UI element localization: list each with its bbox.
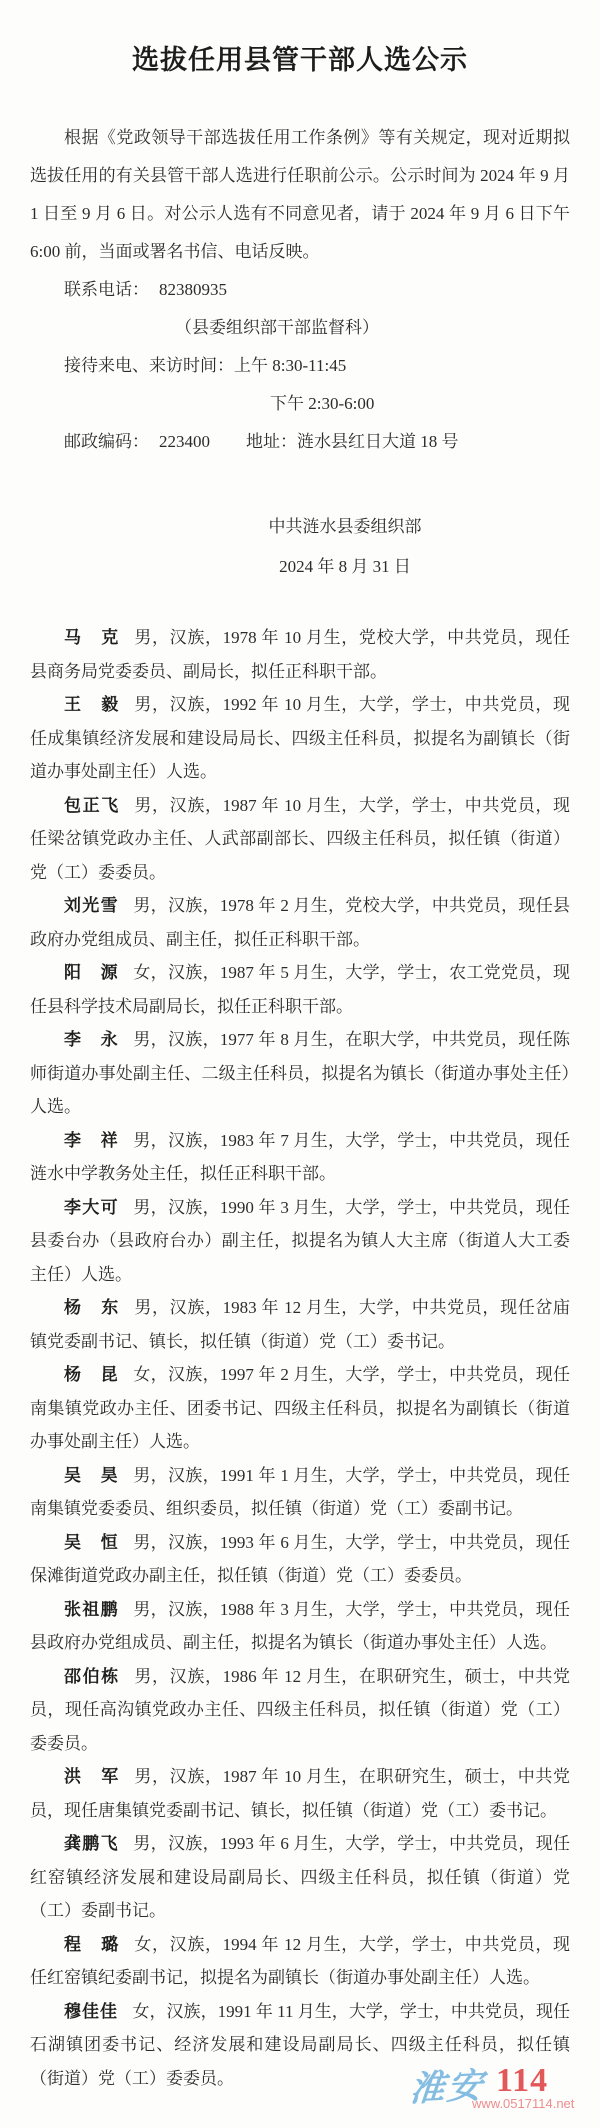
candidate-entry: 吴 恒男，汉族，1993 年 6 月生，大学，学士，中共党员，现任保滩街道党政办… bbox=[30, 1526, 570, 1593]
candidate-entry: 刘光雪男，汉族，1978 年 2 月生，党校大学，中共党员，现任县政府办党组成员… bbox=[30, 889, 570, 956]
candidate-entry: 王 毅男，汉族，1992 年 10 月生，大学，学士，中共党员，现任成集镇经济发… bbox=[30, 688, 570, 789]
candidate-name: 李 永 bbox=[64, 1030, 119, 1049]
candidate-entry: 杨 昆女，汉族，1997 年 2 月生，大学，学士，中共党员，现任南集镇党政办主… bbox=[30, 1358, 570, 1459]
intro-paragraph: 根据《党政领导干部选拔任用工作条例》等有关规定，现对近期拟选拔任用的有关县管干部… bbox=[30, 119, 570, 271]
candidate-name: 程 璐 bbox=[64, 1935, 120, 1954]
candidate-name: 包正飞 bbox=[64, 796, 120, 815]
candidate-entry: 邵伯栋男，汉族，1986 年 12 月生，在职研究生，硕士，中共党员，现任高沟镇… bbox=[30, 1660, 570, 1761]
watermark-url: www.0517114.net bbox=[472, 2097, 574, 2110]
document-page: 选拔任用县管干部人选公示 根据《党政领导干部选拔任用工作条例》等有关规定，现对近… bbox=[0, 0, 600, 2128]
candidate-entry: 洪 军男，汉族，1987 年 10 月生，在职研究生，硕士，中共党员，现任唐集镇… bbox=[30, 1760, 570, 1827]
signature-org: 中共涟水县委组织部 bbox=[220, 507, 470, 547]
document-header-text: 根据《党政领导干部选拔任用工作条例》等有关规定，现对近期拟选拔任用的有关县管干部… bbox=[30, 119, 570, 461]
contact-visit-label: 接待来电、来访时间： bbox=[64, 356, 234, 375]
candidate-name: 张祖鹏 bbox=[64, 1600, 119, 1619]
candidate-entry: 张祖鹏男，汉族，1988 年 3 月生，大学，学士，中共党员，现任县政府办党组成… bbox=[30, 1593, 570, 1660]
candidate-list: 马 克男，汉族，1978 年 10 月生，党校大学，中共党员，现任县商务局党委委… bbox=[30, 621, 570, 2095]
candidate-entry: 阳 源女，汉族，1987 年 5 月生，大学，学士，农工党党员，现任县科学技术局… bbox=[30, 956, 570, 1023]
candidate-name: 洪 军 bbox=[64, 1767, 120, 1786]
candidate-name: 李大可 bbox=[64, 1198, 119, 1217]
candidate-name: 穆佳佳 bbox=[64, 2002, 118, 2021]
page-title: 选拔任用县管干部人选公示 bbox=[30, 38, 570, 77]
candidate-name: 王 毅 bbox=[64, 695, 120, 714]
candidate-entry: 吴 昊男，汉族，1991 年 1 月生，大学，学士，中共党员，现任南集镇党委委员… bbox=[30, 1459, 570, 1526]
candidate-name: 龚鹏飞 bbox=[64, 1834, 119, 1853]
signature-block: 中共涟水县委组织部 2024 年 8 月 31 日 bbox=[220, 507, 470, 587]
signature-date: 2024 年 8 月 31 日 bbox=[220, 547, 470, 587]
candidate-name: 马 克 bbox=[64, 628, 120, 647]
candidate-name: 吴 恒 bbox=[64, 1533, 119, 1552]
contact-postal-line: 邮政编码：223400地址：涟水县红日大道 18 号 bbox=[30, 423, 570, 461]
candidate-entry: 程 璐女，汉族，1994 年 12 月生，大学，学士，中共党员，现任红窑镇纪委副… bbox=[30, 1928, 570, 1995]
contact-phone-number: 82380935 bbox=[159, 280, 227, 299]
contact-dept-note: （县委组织部干部监督科） bbox=[175, 309, 570, 347]
candidate-entry: 马 克男，汉族，1978 年 10 月生，党校大学，中共党员，现任县商务局党委委… bbox=[30, 621, 570, 688]
contact-visit-pm: 下午 2:30-6:00 bbox=[270, 385, 570, 423]
candidate-name: 李 祥 bbox=[64, 1131, 119, 1150]
contact-phone-label: 联系电话： bbox=[64, 280, 149, 299]
address-label: 地址： bbox=[246, 432, 297, 451]
candidate-name: 杨 昆 bbox=[64, 1365, 119, 1384]
candidate-entry: 李大可男，汉族，1990 年 3 月生，大学，学士，中共党员，现任县委台办（县政… bbox=[30, 1191, 570, 1292]
candidate-name: 刘光雪 bbox=[64, 896, 119, 915]
postal-code: 223400 bbox=[159, 432, 210, 451]
watermark-number: 114 bbox=[496, 2064, 548, 2098]
candidate-name: 杨 东 bbox=[64, 1298, 120, 1317]
candidate-name: 阳 源 bbox=[64, 963, 119, 982]
postal-label: 邮政编码： bbox=[64, 432, 149, 451]
contact-block: 联系电话：82380935 （县委组织部干部监督科） 接待来电、来访时间：上午 … bbox=[30, 271, 570, 461]
address-value: 涟水县红日大道 18 号 bbox=[297, 432, 459, 451]
watermark: 淮安 114 www.0517114.net bbox=[410, 2064, 590, 2122]
candidate-name: 吴 昊 bbox=[64, 1466, 119, 1485]
contact-phone-line: 联系电话：82380935 bbox=[30, 271, 570, 309]
contact-visit-line: 接待来电、来访时间：上午 8:30-11:45 bbox=[30, 347, 570, 385]
candidate-name: 邵伯栋 bbox=[64, 1667, 120, 1686]
candidate-entry: 龚鹏飞男，汉族，1993 年 6 月生，大学，学士，中共党员，现任红窑镇经济发展… bbox=[30, 1827, 570, 1928]
candidate-entry: 杨 东男，汉族，1983 年 12 月生，大学，中共党员，现任岔庙镇党委副书记、… bbox=[30, 1291, 570, 1358]
candidate-entry: 李 永男，汉族，1977 年 8 月生，在职大学，中共党员，现任陈师街道办事处副… bbox=[30, 1023, 570, 1124]
candidate-entry: 包正飞男，汉族，1987 年 10 月生，大学，学士，中共党员，现任梁岔镇党政办… bbox=[30, 789, 570, 890]
candidate-entry: 李 祥男，汉族，1983 年 7 月生，大学，学士，中共党员，现任涟水中学教务处… bbox=[30, 1124, 570, 1191]
contact-visit-am: 上午 8:30-11:45 bbox=[234, 356, 346, 375]
